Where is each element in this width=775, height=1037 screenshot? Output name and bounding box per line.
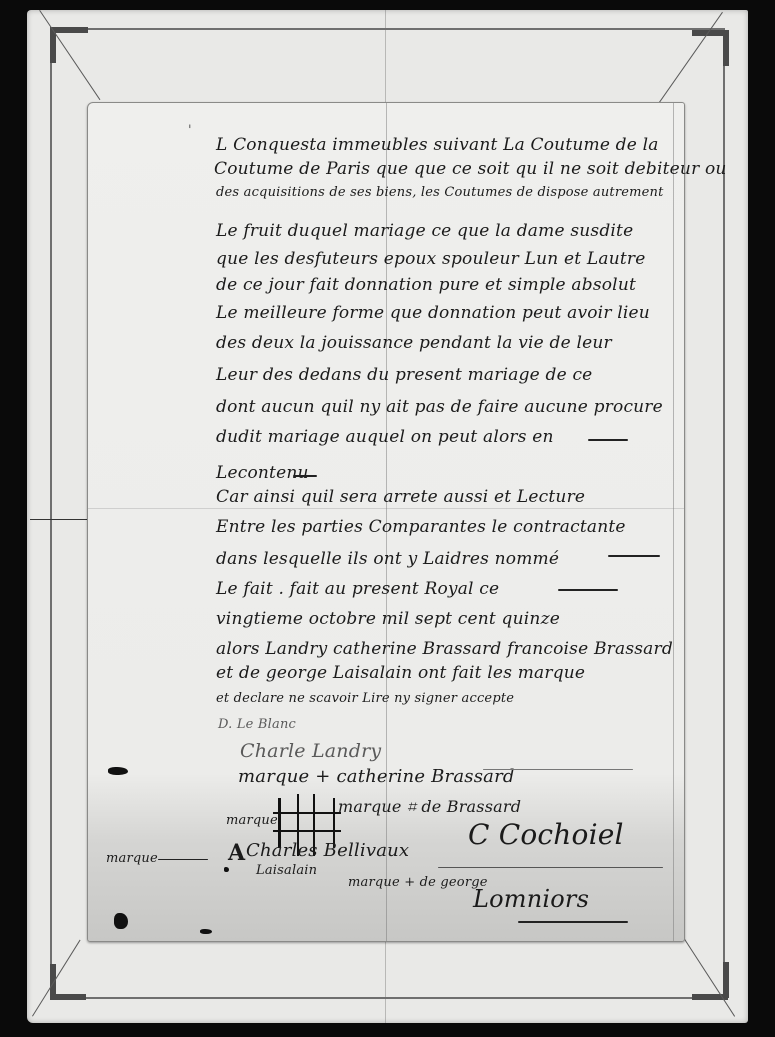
text-line-3: des acquisitions de ses biens, les Coutu… xyxy=(216,183,664,203)
text-line-12: Lecontenu xyxy=(216,463,309,483)
line-fill-stroke-16 xyxy=(558,589,618,591)
inner-manuscript-leaf: ' L Conquesta immeubles suivant La Coutu… xyxy=(87,102,685,942)
line-fill-stroke-11 xyxy=(588,439,628,441)
marque-lead-stroke xyxy=(158,859,208,860)
signature-marque-george: marque + de george xyxy=(348,873,488,893)
text-line-7: Le meilleure forme que donnation peut av… xyxy=(216,303,650,323)
text-line-2: Coutume de Paris que que ce soit qu il n… xyxy=(214,159,727,179)
text-line-17: vingtieme octobre mil sept cent quinze xyxy=(216,609,560,629)
signature-trailing-stroke xyxy=(483,769,633,770)
frame-left-line xyxy=(50,28,52,998)
text-line-21: D. Le Blanc xyxy=(218,715,296,735)
text-line-4: Le fruit duquel mariage ce que la dame s… xyxy=(216,221,633,241)
signature-charles-landry: Charle Landry xyxy=(240,741,381,761)
fold-horizontal xyxy=(88,508,684,509)
fold-vertical-right xyxy=(673,103,674,941)
signature-laisalain: Laisalain xyxy=(256,861,317,881)
signature-notary-second: Lomniors xyxy=(473,889,589,909)
corner-bracket-tr-v xyxy=(723,30,729,66)
signature-charles-bellivaux: Charles Bellivaux xyxy=(246,841,409,861)
frame-bottom-line xyxy=(51,997,723,999)
signature-marque-catherine: marque + catherine Brassard xyxy=(238,767,515,787)
text-line-5: que les desfuteurs epoux spouleur Lun et… xyxy=(216,249,646,269)
text-line-9: Leur des dedans du present mariage de ce xyxy=(216,365,592,385)
margin-tick: ' xyxy=(188,121,192,141)
text-line-14: Entre les parties Comparantes le contrac… xyxy=(216,517,626,537)
text-line-15: dans lesquelle ils ont y Laidres nommé xyxy=(216,549,559,569)
text-line-13: Car ainsi quil sera arrete aussi et Lect… xyxy=(216,487,585,507)
corner-bracket-br-v xyxy=(723,962,729,998)
line-fill-stroke-15 xyxy=(608,555,660,557)
initial-mark-A: A xyxy=(228,843,245,863)
text-line-20: et declare ne scavoir Lire ny signer acc… xyxy=(216,689,514,709)
signature-notary-cochoiel: C Cochoiel xyxy=(468,825,624,845)
text-line-19: et de george Laisalain ont fait les marq… xyxy=(216,663,585,683)
diagonal-tr xyxy=(659,12,723,103)
text-line-6: de ce jour fait donnation pure et simple… xyxy=(216,275,636,295)
frame-top-line xyxy=(51,28,723,30)
text-line-11: dudit mariage auquel on peut alors en xyxy=(216,427,554,447)
ink-dot xyxy=(224,867,229,872)
text-line-16: Le fait . fait au present Royal ce xyxy=(216,579,499,599)
line-fill-stroke-12 xyxy=(293,475,317,477)
diagonal-tl xyxy=(39,10,100,100)
text-line-18: alors Landry catherine Brassard francois… xyxy=(216,639,673,659)
text-line-10: dont aucun quil ny ait pas de faire aucu… xyxy=(216,397,663,417)
ink-blot-bottom-left xyxy=(114,913,128,929)
text-line-1: L Conquesta immeubles suivant La Coutume… xyxy=(216,135,659,155)
signature-de-brassard: marque ⌗ de Brassard xyxy=(338,797,521,817)
diagonal-bl xyxy=(32,940,81,1017)
fold-horizontal-left xyxy=(30,519,90,520)
ink-blot-left xyxy=(108,767,128,775)
text-line-8: des deux la jouissance pendant la vie de… xyxy=(216,333,612,353)
signature-marque-lower-left: marque xyxy=(106,849,158,869)
ink-blot-bottom xyxy=(200,929,212,934)
signature-marque-left-label: marque xyxy=(226,811,278,831)
notary-underline xyxy=(438,867,663,868)
notary-flourish xyxy=(518,921,628,923)
